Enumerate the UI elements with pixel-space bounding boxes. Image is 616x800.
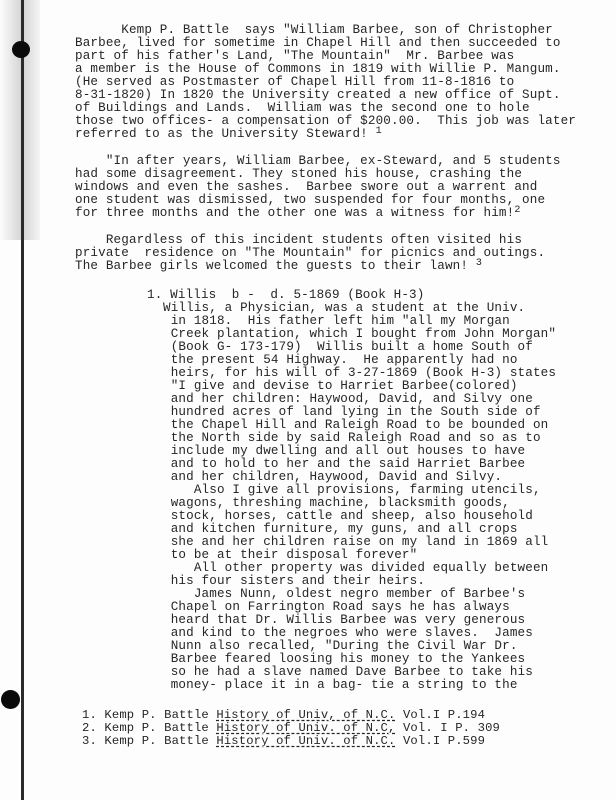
binding-margin-line — [21, 0, 24, 800]
text-line-content: The Barbee girls welcomed the guests to … — [75, 259, 468, 273]
scan-margin-shadow — [0, 0, 40, 240]
footnote-title: History of Univ. of N.C, — [216, 721, 395, 735]
text-line: money- place it in a bag- tie a string t… — [163, 679, 518, 692]
hole-punch-top — [12, 41, 30, 58]
footnote-ref-2: 2 — [514, 205, 520, 216]
footnote-author: 3. Kemp P. Battle — [82, 734, 216, 748]
footnote-volume-page: Vol.I P.599 — [396, 734, 486, 748]
text-line: The Barbee girls welcomed the guests to … — [75, 260, 482, 274]
footnote-author: 1. Kemp P. Battle — [82, 708, 216, 722]
scanned-typewritten-page: Kemp P. Battle says "William Barbee, son… — [0, 0, 616, 800]
hole-punch-bottom — [1, 690, 20, 709]
text-line-content: referred to as the University Steward! — [75, 127, 368, 141]
text-line: for three months and the other one was a… — [75, 207, 520, 221]
footnote-ref-1: 1 — [376, 126, 382, 137]
footnote-title: History of Univ, of N.C. — [216, 708, 395, 722]
text-line-content: for three months and the other one was a… — [75, 206, 514, 220]
footnote-volume-page: Vol.I P.194 — [396, 708, 486, 722]
footnote-3: 3. Kemp P. Battle History of Univ. of N.… — [82, 735, 485, 748]
footnote-ref-3: 3 — [476, 258, 482, 269]
footnote-volume-page: Vol. I P. 309 — [396, 721, 501, 735]
text-line: referred to as the University Steward! 1 — [75, 128, 382, 142]
footnote-title: History of Univ. of N.C. — [216, 734, 395, 748]
footnote-author: 2. Kemp P. Battle — [82, 721, 216, 735]
